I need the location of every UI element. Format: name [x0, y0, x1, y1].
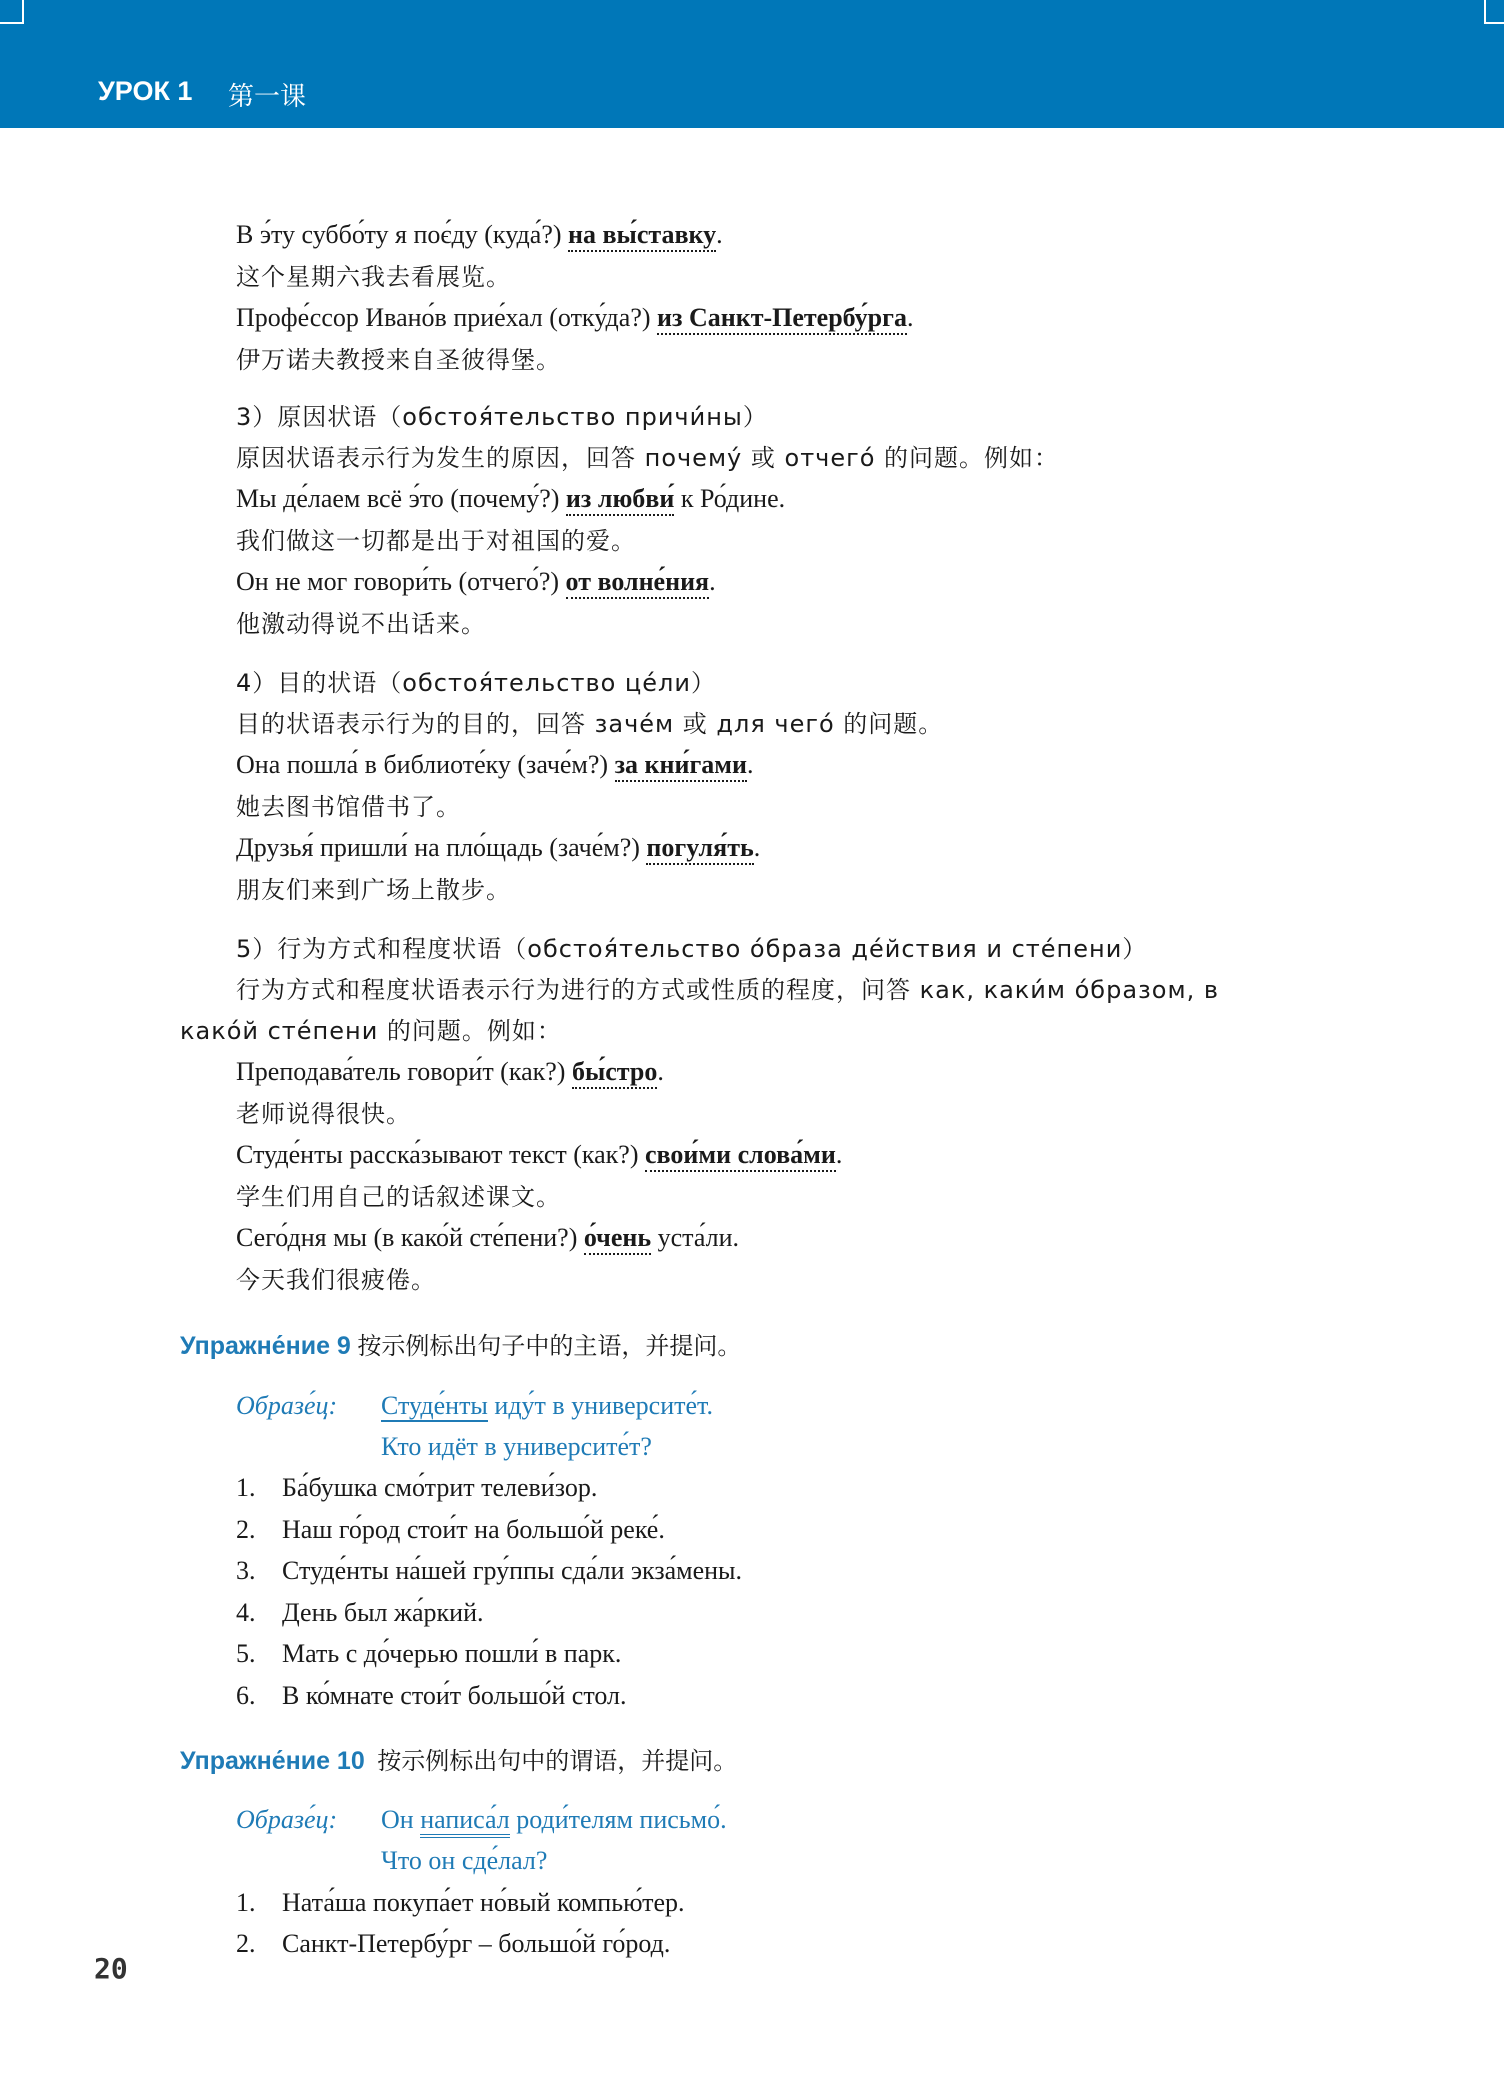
section-heading-purpose: 4）目的状语（обстоя́тельство це́ли） [236, 666, 716, 700]
crop-mark-right [1484, 0, 1504, 24]
example-sentence: Мы де́лаем всё э́то (почему́?) из любви́… [236, 482, 785, 516]
answer-adverbial: за кни́гами [615, 750, 747, 782]
translation: 他激动得说不出话来。 [236, 607, 486, 641]
section-description: 目的状语表示行为的目的，回答 заче́м 或 для чего́ 的问题。 [236, 707, 943, 741]
sample-question: Что он сде́лал? [381, 1844, 547, 1878]
exercise-item: 1.Ната́ша покупа́ет но́вый компью́тер. [236, 1886, 685, 1920]
answer-adverbial: свои́ми слова́ми [645, 1140, 836, 1172]
section-description: 原因状语表示行为发生的原因，回答 почему́ 或 отчего́ 的问题。例… [236, 441, 1059, 475]
example-sentence: Сего́дня мы (в како́й сте́пени?) о́чень … [236, 1221, 739, 1255]
example-sentence: Профе́ссор Ивано́в прие́хал (отку́да?) и… [236, 301, 913, 335]
exercise-item: 3.Студе́нты на́шей гру́ппы сда́ли экза́м… [236, 1554, 742, 1588]
exercise-title: Упражне́ние 9 [180, 1332, 351, 1360]
exercise-instruction: 按示例标出句中的谓语，并提问。 [377, 1747, 737, 1775]
exercise-10-header: Упражне́ние 10 按示例标出句中的谓语，并提问。 [180, 1744, 737, 1778]
sample-label: Образе́ц: [236, 1389, 381, 1423]
exercise-item: 4.День был жа́ркий. [236, 1596, 484, 1630]
translation: 学生们用自己的话叙述课文。 [236, 1180, 561, 1214]
section-heading-cause: 3）原因状语（обстоя́тельство причи́ны） [236, 400, 768, 434]
translation: 我们做这一切都是出于对祖国的爱。 [236, 524, 636, 558]
translation: 这个星期六我去看展览。 [236, 260, 511, 294]
answer-adverbial: из любви́ [566, 484, 674, 516]
page-number: 20 [94, 1952, 128, 1985]
example-sentence: Она пошла́ в библиоте́ку (заче́м?) за кн… [236, 748, 753, 782]
exercise-item: 2.Санкт-Петербу́рг – большо́й го́род. [236, 1927, 670, 1961]
translation: 她去图书馆借书了。 [236, 790, 461, 824]
lesson-label: УРОК 1 [98, 76, 192, 107]
underlined-predicate: написа́л [420, 1805, 510, 1838]
lesson-label-cn: 第一课 [228, 76, 306, 113]
translation: 伊万诺夫教授来自圣彼得堡。 [236, 343, 561, 377]
exercise-item: 1.Ба́бушка смо́трит телеви́зор. [236, 1471, 597, 1505]
sample-sentence: Образе́ц:Студе́нты иду́т в университе́т. [236, 1389, 713, 1423]
answer-adverbial: о́чень [584, 1223, 651, 1255]
answer-adverbial: от волне́ния [566, 567, 710, 599]
lesson-header-bar: УРОК 1 第一课 [0, 0, 1504, 128]
answer-adverbial: из Санкт-Петербу́рга [657, 303, 907, 335]
exercise-title: Упражне́ние 10 [180, 1747, 365, 1775]
example-sentence: Друзья́ пришли́ на пло́щадь (заче́м?) по… [236, 831, 760, 865]
example-sentence: Он не мог говори́ть (отчего́?) от волне́… [236, 565, 716, 599]
answer-adverbial: погуля́ть [646, 833, 753, 865]
exercise-item: 2.Наш го́род стои́т на большо́й реке́. [236, 1513, 665, 1547]
section-description-cont: како́й сте́пени 的问题。例如： [180, 1014, 562, 1048]
section-heading-manner: 5）行为方式和程度状语（обстоя́тельство о́браза де́й… [236, 932, 1147, 966]
translation: 今天我们很疲倦。 [236, 1263, 436, 1297]
sample-question: Кто идёт в университе́т? [381, 1430, 652, 1464]
translation: 老师说得很快。 [236, 1097, 411, 1131]
answer-adverbial: на вы́ставку [568, 220, 716, 252]
crop-mark-left [0, 0, 24, 24]
exercise-item: 6.В ко́мнате стои́т большо́й стол. [236, 1679, 626, 1713]
sample-label: Образе́ц: [236, 1803, 381, 1837]
underlined-subject: Студе́нты [381, 1391, 488, 1422]
example-sentence: Студе́нты расска́зывают текст (как?) сво… [236, 1138, 842, 1172]
translation: 朋友们来到广场上散步。 [236, 873, 511, 907]
exercise-item: 5.Мать с до́черью пошли́ в парк. [236, 1637, 621, 1671]
example-sentence: Преподава́тель говори́т (как?) бы́стро. [236, 1055, 664, 1089]
exercise-9-header: Упражне́ние 9 按示例标出句子中的主语，并提问。 [180, 1329, 741, 1363]
sample-sentence: Образе́ц:Он написа́л роди́телям письмо́. [236, 1803, 727, 1837]
answer-adverbial: бы́стро [572, 1057, 657, 1089]
example-sentence: В э́ту суббо́ту я поє́ду (куда́?) на вы́… [236, 218, 723, 252]
exercise-instruction: 按示例标出句子中的主语，并提问。 [357, 1332, 741, 1360]
section-description: 行为方式和程度状语表示行为进行的方式或性质的程度，问答 как, каки́м … [236, 973, 1219, 1007]
